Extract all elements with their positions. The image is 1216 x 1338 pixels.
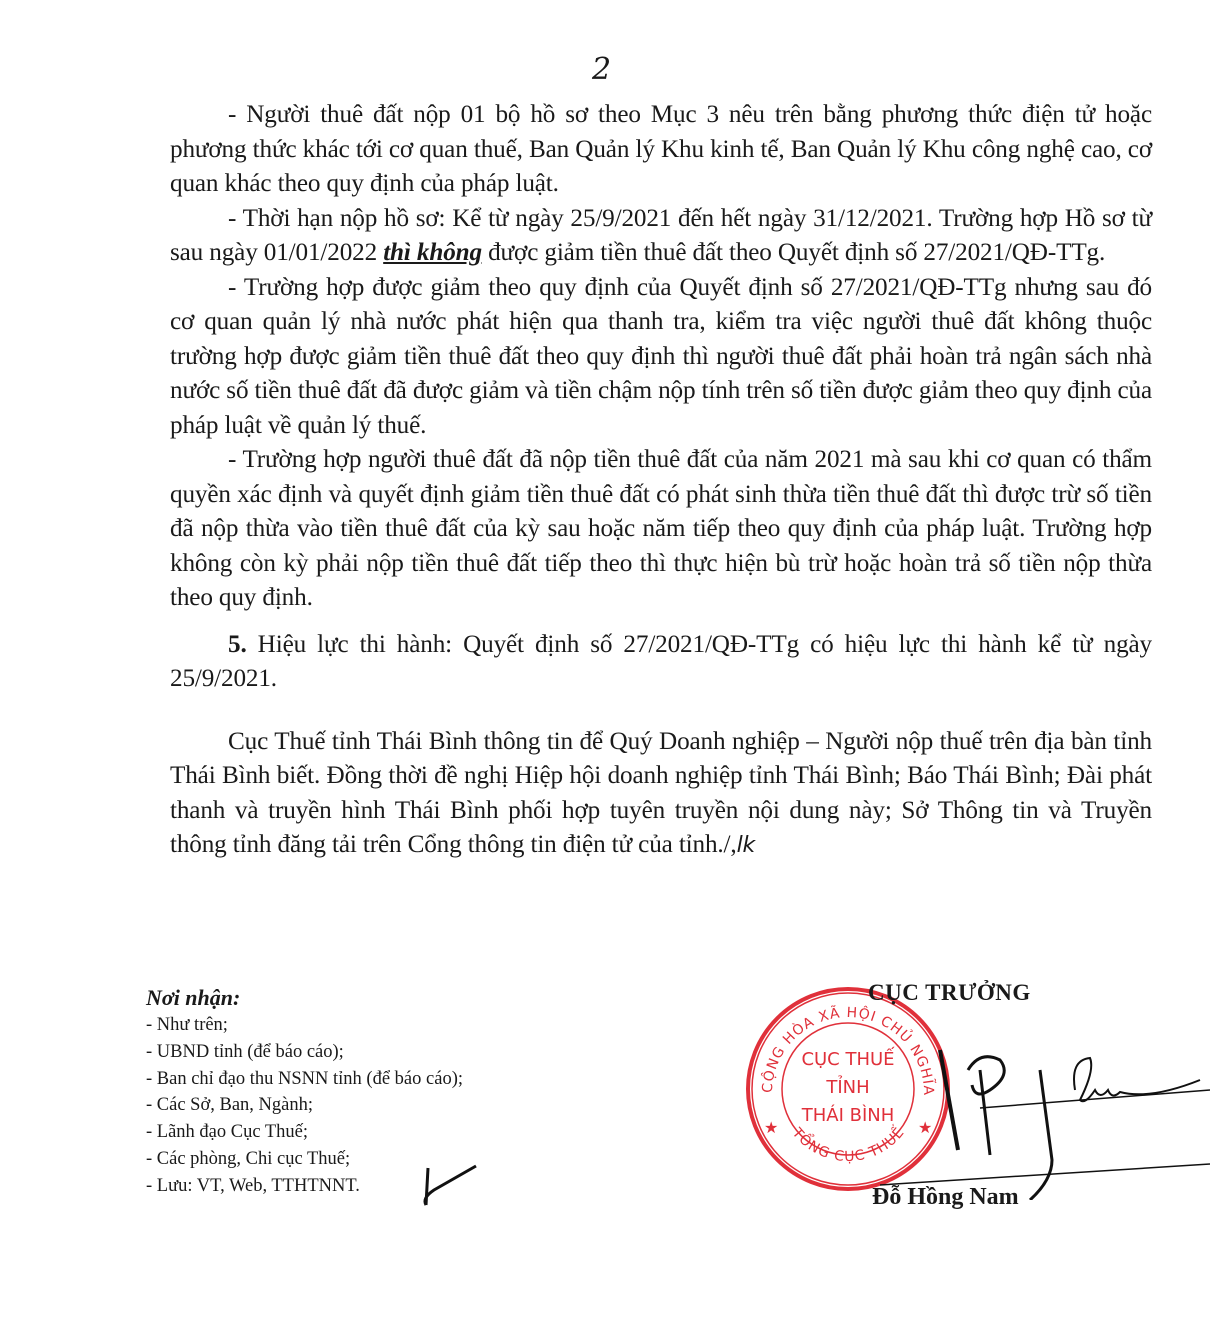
recipient-item: - Các Sở, Ban, Ngành; [146,1092,463,1119]
signer-name: Đỗ Hồng Nam [872,1184,1019,1211]
signer-title: CỤC TRƯỞNG [868,980,1031,1006]
recipient-item: - Ban chỉ đạo thu NSNN tỉnh (để báo cáo)… [146,1066,463,1093]
effect-text: Hiệu lực thi hành: Quyết định số 27/2021… [170,631,1152,693]
closing-text: Cục Thuế tỉnh Thái Bình thông tin để Quý… [170,728,1152,859]
svg-text:★: ★ [764,1120,778,1137]
paragraph-overpaid: - Trường hợp người thuê đất đã nộp tiền … [170,443,1152,616]
emphasis-text: thì không [383,239,482,266]
paragraph-submission: - Người thuê đất nộp 01 bộ hồ sơ theo Mụ… [170,98,1152,202]
deadline-text-end: được giảm tiền thuê đất theo Quyết định … [482,239,1105,266]
initial-mark: lk [737,833,756,858]
handwritten-signature-icon [880,1030,1210,1200]
recipients-title: Nơi nhận: [146,984,463,1012]
page-number: 2 [592,52,611,87]
recipient-item: - Như trên; [146,1012,463,1039]
paragraph-effect: 5. Hiệu lực thi hành: Quyết định số 27/2… [170,628,1152,697]
initial-signature-icon [418,1160,478,1210]
recipient-item: - UBND tỉnh (để báo cáo); [146,1039,463,1066]
recipients-block: Nơi nhận: - Như trên; - UBND tỉnh (để bá… [146,984,463,1200]
recipient-item: - Lưu: VT, Web, TTHTNNT. [146,1173,463,1200]
document-body: - Người thuê đất nộp 01 bộ hồ sơ theo Mụ… [170,98,1152,864]
paragraph-closing: Cục Thuế tỉnh Thái Bình thông tin để Quý… [170,725,1152,864]
svg-text:TỈNH: TỈNH [825,1075,869,1098]
recipient-item: - Lãnh đạo Cục Thuế; [146,1119,463,1146]
paragraph-refund: - Trường hợp được giảm theo quy định của… [170,271,1152,444]
section-number: 5. [228,631,247,658]
paragraph-deadline: - Thời hạn nộp hồ sơ: Kể từ ngày 25/9/20… [170,202,1152,271]
recipient-item: - Các phòng, Chi cục Thuế; [146,1146,463,1173]
